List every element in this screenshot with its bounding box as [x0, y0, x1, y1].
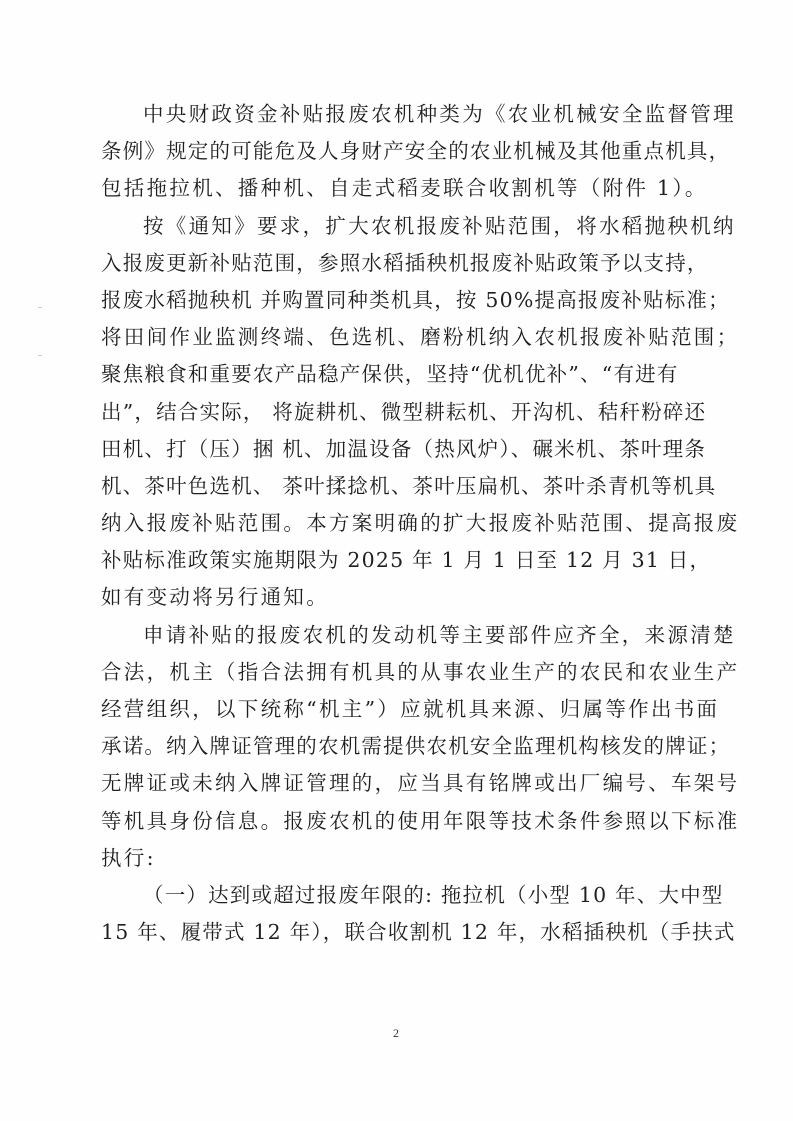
text-line: 中央财政资金补贴报废农机种类为《农业机械安全监督管理	[101, 96, 701, 133]
text-line: 机、茶叶色选机、 茶叶揉捻机、茶叶压扁机、茶叶杀青机等机具	[101, 468, 701, 505]
text-line: 执行:	[101, 840, 701, 877]
text-line: （一）达到或超过报废年限的: 拖拉机（小型 10 年、大中型	[101, 877, 701, 914]
text-line: 条例》规定的可能危及人身财产安全的农业机械及其他重点机具，	[101, 133, 701, 170]
text-line: 无牌证或未纳入牌证管理的，应当具有铭牌或出厂编号、车架号	[101, 765, 701, 802]
text-line: 合法，机主（指合法拥有机具的从事农业生产的农民和农业生产	[101, 654, 701, 691]
text-line: 出”，结合实际， 将旋耕机、微型耕耘机、开沟机、秸秆粉碎还	[101, 394, 701, 431]
text-line: 入报废更新补贴范围，参照水稻插秧机报废补贴政策予以支持，	[101, 245, 701, 282]
text-line: 承诺。纳入牌证管理的农机需提供农机安全监理机构核发的牌证；	[101, 728, 701, 765]
document-body: 中央财政资金补贴报废农机种类为《农业机械安全监督管理 条例》规定的可能危及人身财…	[101, 96, 701, 951]
text-line: 田机、打（压）捆 机、加温设备（热风炉）、碾米机、茶叶理条	[101, 431, 701, 468]
document-page: 中央财政资金补贴报废农机种类为《农业机械安全监督管理 条例》规定的可能危及人身财…	[0, 0, 793, 1121]
scan-artifact	[38, 355, 42, 356]
text-line: 补贴标准政策实施期限为 2025 年 1 月 1 日至 12 月 31 日，	[101, 542, 701, 579]
page-number: 2	[393, 1026, 399, 1041]
text-line: 纳入报废补贴范围。本方案明确的扩大报废补贴范围、提高报废	[101, 505, 701, 542]
paragraph-application-requirements: 申请补贴的报废农机的发动机等主要部件应齐全，来源清楚 合法，机主（指合法拥有机具…	[101, 617, 701, 877]
text-line: 包括拖拉机、播种机、自走式稻麦联合收割机等（附件 1）。	[101, 170, 701, 207]
text-line: 等机具身份信息。报废农机的使用年限等技术条件参照以下标准	[101, 803, 701, 840]
scan-artifact	[38, 307, 42, 308]
paragraph-scrap-age-limits: （一）达到或超过报废年限的: 拖拉机（小型 10 年、大中型 15 年、履带式 …	[101, 877, 701, 951]
text-line: 聚焦粮食和重要农产品稳产保供，坚持“优机优补”、“有进有	[101, 356, 701, 393]
paragraph-scrap-machinery-types: 中央财政资金补贴报废农机种类为《农业机械安全监督管理 条例》规定的可能危及人身财…	[101, 96, 701, 208]
text-line: 如有变动将另行通知。	[101, 579, 701, 616]
text-line: 按《通知》要求，扩大农机报废补贴范围，将水稻抛秧机纳	[101, 208, 701, 245]
text-line: 报废水稻抛秧机 并购置同种类机具，按 50%提高报废补贴标准；	[101, 282, 701, 319]
text-line: 经营组织，以下统称“机主”）应就机具来源、归属等作出书面	[101, 691, 701, 728]
paragraph-expanded-subsidy-scope: 按《通知》要求，扩大农机报废补贴范围，将水稻抛秧机纳 入报废更新补贴范围，参照水…	[101, 208, 701, 617]
text-line: 申请补贴的报废农机的发动机等主要部件应齐全，来源清楚	[101, 617, 701, 654]
text-line: 15 年、履带式 12 年），联合收割机 12 年，水稻插秧机（手扶式	[101, 914, 701, 951]
text-line: 将田间作业监测终端、色选机、磨粉机纳入农机报废补贴范围；	[101, 319, 701, 356]
